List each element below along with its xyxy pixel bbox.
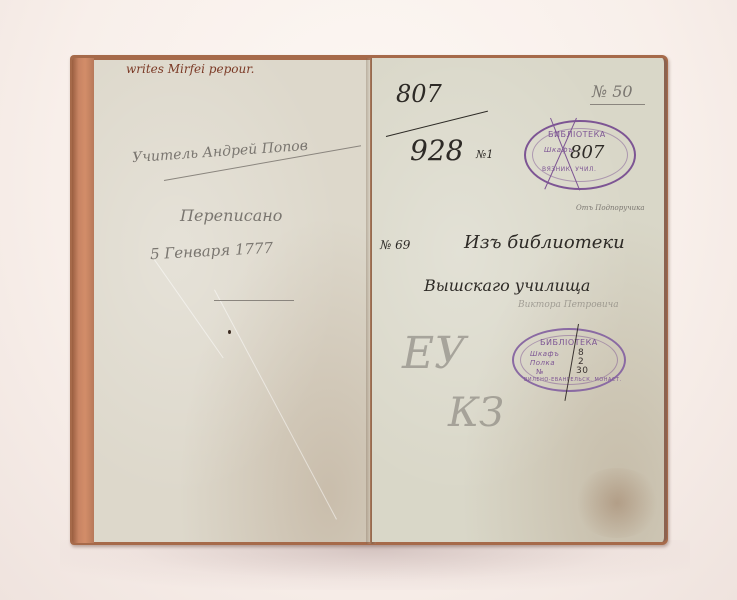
pencil-dash — [214, 300, 294, 301]
right-page: 807 928 №1 № 50 БИБЛIОТЕКА Шкафъ ВЯЗНИК.… — [372, 58, 667, 542]
corner-number: № 50 — [592, 82, 633, 101]
small-mark: №1 — [476, 148, 493, 161]
library-inscription-line1: Изъ библиотеки — [464, 232, 625, 253]
library-stamp-lower: БИБЛIОТЕКА Шкафъ 8 Полка 2 № 30 ВИЛЕНО-Е… — [512, 328, 626, 392]
paper-crease — [154, 259, 224, 358]
library-stamp-upper: БИБЛIОТЕКА Шкафъ ВЯЗНИК. УЧИЛ. 807 — [524, 120, 636, 190]
stamp-title: БИБЛIОТЕКА — [540, 338, 598, 347]
pencil-monogram-2: КЗ — [448, 390, 504, 436]
foxing-stain — [572, 468, 662, 538]
shelf-number-top: 807 — [396, 80, 442, 108]
book-shadow — [60, 540, 690, 590]
stamp-bottom-text: ВИЛЕНО-ЕВАНГЕЛЬСК. МОНАСТ. — [524, 377, 622, 383]
transcribed-word: Переписано — [180, 206, 282, 225]
small-note: Отъ Подпоручика — [576, 204, 645, 212]
date-inscription: 5 Генваря 1777 — [150, 239, 274, 263]
stamp-field-shelf: Полка — [530, 359, 555, 367]
shelf-number-second: 928 — [410, 134, 463, 167]
stamp-field-cabinet: Шкафъ — [530, 350, 559, 358]
top-ink-note: writes Mirfei pepour. — [126, 62, 254, 76]
pencil-monogram-1: ЕУ — [402, 328, 466, 379]
library-inscription-line2: Вышскаго училища — [424, 276, 590, 295]
corner-underline — [590, 104, 645, 105]
photo-stage: writes Mirfei pepour. Учитель Андрей Поп… — [0, 0, 737, 600]
ink-speck — [228, 330, 231, 334]
cover-edge-left — [72, 58, 94, 543]
stamp-value-number: 30 — [576, 366, 588, 376]
open-book: writes Mirfei pepour. Учитель Андрей Поп… — [70, 55, 670, 545]
stamp-handwritten-number: 807 — [570, 142, 604, 163]
stamp-field-number: № — [536, 368, 544, 376]
teacher-signature: Учитель Андрей Попов — [132, 138, 309, 166]
catalog-number: № 69 — [380, 238, 410, 252]
left-page: writes Mirfei pepour. Учитель Андрей Поп… — [94, 60, 370, 542]
faded-note: Виктора Петровича — [518, 300, 619, 310]
paper-crease — [214, 290, 337, 520]
